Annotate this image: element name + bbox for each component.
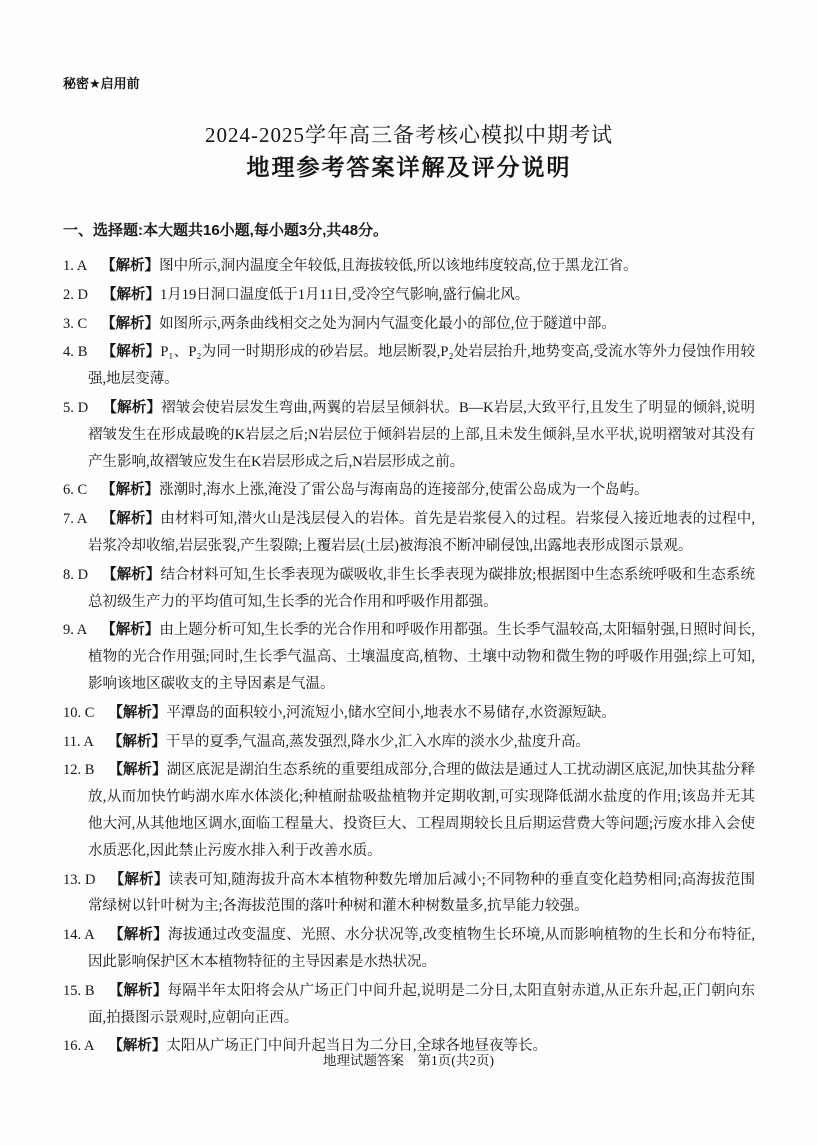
item-explanation: 平潭岛的面积较小,河流短小,储水空间小,地表水不易储存,水资源短缺。 bbox=[166, 705, 616, 721]
answer-item-3: 3. C【解析】如图所示,两条曲线相交之处为洞内气温变化最小的部位,位于隧道中部… bbox=[63, 311, 755, 338]
answer-item-12: 12. B【解析】湖区底泥是湖泊生态系统的重要组成部分,合理的做法是通过人工扰动… bbox=[63, 757, 755, 864]
analysis-tag: 【解析】 bbox=[101, 258, 159, 274]
item-explanation: 干旱的夏季,气温高,蒸发强烈,降水少,汇入水库的淡水少,盐度升高。 bbox=[166, 734, 590, 750]
answer-item-15: 15. B【解析】每隔半年太阳将会从广场正门中间升起,说明是二分日,太阳直射赤道… bbox=[63, 978, 755, 1032]
item-explanation: 由材料可知,潜火山是浅层侵入的岩体。首先是岩浆侵入的过程。岩浆侵入接近地表的过程… bbox=[88, 511, 755, 554]
item-number-answer: 8. D bbox=[63, 567, 88, 583]
item-number-answer: 10. C bbox=[63, 705, 94, 721]
answer-key-page: 秘密★启用前 2024-2025学年高三备考核心模拟中期考试 地理参考答案详解及… bbox=[0, 0, 817, 1146]
item-explanation: 结合材料可知,生长季表现为碳吸收,非生长季表现为碳排放;根据图中生态系统呼吸和生… bbox=[88, 567, 755, 610]
answer-item-14: 14. A【解析】海拔通过改变温度、光照、水分状况等,改变植物生长环境,从而影响… bbox=[63, 922, 755, 976]
item-number-answer: 6. C bbox=[63, 482, 87, 498]
analysis-tag: 【解析】 bbox=[109, 927, 168, 943]
analysis-tag: 【解析】 bbox=[108, 705, 166, 721]
item-explanation: 涨潮时,海水上涨,淹没了雷公岛与海南岛的连接部分,使雷公岛成为一个岛屿。 bbox=[159, 482, 648, 498]
analysis-tag: 【解析】 bbox=[101, 482, 159, 498]
answer-item-1: 1. A【解析】图中所示,洞内温度全年较低,且海拔较低,所以该地纬度较高,位于黑… bbox=[63, 253, 755, 280]
item-explanation: 海拔通过改变温度、光照、水分状况等,改变植物生长环境,从而影响植物的生长和分布特… bbox=[88, 927, 755, 970]
answer-item-11: 11. A【解析】干旱的夏季,气温高,蒸发强烈,降水少,汇入水库的淡水少,盐度升… bbox=[63, 729, 755, 756]
analysis-tag: 【解析】 bbox=[102, 567, 160, 583]
item-number-answer: 7. A bbox=[63, 511, 87, 527]
item-explanation: 图中所示,洞内温度全年较低,且海拔较低,所以该地纬度较高,位于黑龙江省。 bbox=[159, 258, 638, 274]
answer-item-8: 8. D【解析】结合材料可知,生长季表现为碳吸收,非生长季表现为碳排放;根据图中… bbox=[63, 562, 755, 616]
item-number-answer: 14. A bbox=[63, 927, 95, 943]
item-number-answer: 11. A bbox=[63, 734, 94, 750]
analysis-tag: 【解析】 bbox=[109, 872, 168, 888]
answer-item-2: 2. D【解析】1月19日洞口温度低于1月11日,受冷空气影响,盛行偏北风。 bbox=[63, 282, 755, 309]
analysis-tag: 【解析】 bbox=[101, 511, 160, 527]
page-footer: 地理试题答案 第1页(共2页) bbox=[0, 1052, 817, 1070]
answer-item-10: 10. C【解析】平潭岛的面积较小,河流短小,储水空间小,地表水不易储存,水资源… bbox=[63, 700, 755, 727]
item-number-answer: 4. B bbox=[63, 344, 87, 360]
item-number-answer: 1. A bbox=[63, 258, 87, 274]
section-heading: 一、选择题:本大题共16小题,每小题3分,共48分。 bbox=[63, 221, 755, 241]
analysis-tag: 【解析】 bbox=[101, 344, 160, 360]
analysis-tag: 【解析】 bbox=[101, 622, 159, 638]
item-explanation: 1月19日洞口温度低于1月11日,受冷空气影响,盛行偏北风。 bbox=[160, 287, 529, 303]
item-number-answer: 9. A bbox=[63, 622, 87, 638]
item-number-answer: 3. C bbox=[63, 316, 87, 332]
item-explanation: P₁、P₂为同一时期形成的砂岩层。地层断裂,P₂处岩层抬升,地势变高,受流水等外… bbox=[88, 344, 755, 387]
item-explanation: 每隔半年太阳将会从广场正门中间升起,说明是二分日,太阳直射赤道,从正东升起,正门… bbox=[88, 983, 755, 1026]
item-number-answer: 2. D bbox=[63, 287, 88, 303]
answer-item-13: 13. D【解析】读表可知,随海拔升高木本植物种数先增加后减小;不同物种的垂直变… bbox=[63, 867, 755, 921]
analysis-tag: 【解析】 bbox=[101, 316, 159, 332]
item-explanation: 如图所示,两条曲线相交之处为洞内气温变化最小的部位,位于隧道中部。 bbox=[159, 316, 616, 332]
answer-list: 1. A【解析】图中所示,洞内温度全年较低,且海拔较低,所以该地纬度较高,位于黑… bbox=[63, 253, 755, 1060]
answer-item-9: 9. A【解析】由上题分析可知,生长季的光合作用和呼吸作用都强。生长季气温较高,… bbox=[63, 617, 755, 697]
item-number-answer: 15. B bbox=[63, 983, 95, 999]
item-number-answer: 13. D bbox=[63, 872, 95, 888]
exam-title: 2024-2025学年高三备考核心模拟中期考试 bbox=[63, 122, 755, 148]
analysis-tag: 【解析】 bbox=[102, 400, 161, 416]
item-explanation: 由上题分析可知,生长季的光合作用和呼吸作用都强。生长季气温较高,太阳辐射强,日照… bbox=[88, 622, 755, 692]
analysis-tag: 【解析】 bbox=[109, 983, 168, 999]
answer-item-7: 7. A【解析】由材料可知,潜火山是浅层侵入的岩体。首先是岩浆侵入的过程。岩浆侵… bbox=[63, 506, 755, 560]
document-title: 地理参考答案详解及评分说明 bbox=[63, 153, 755, 181]
answer-item-5: 5. D【解析】褶皱会使岩层发生弯曲,两翼的岩层呈倾斜状。B—K岩层,大致平行,… bbox=[63, 395, 755, 475]
analysis-tag: 【解析】 bbox=[102, 287, 160, 303]
analysis-tag: 【解析】 bbox=[108, 734, 166, 750]
answer-item-4: 4. B【解析】P₁、P₂为同一时期形成的砂岩层。地层断裂,P₂处岩层抬升,地势… bbox=[63, 339, 755, 393]
item-explanation: 褶皱会使岩层发生弯曲,两翼的岩层呈倾斜状。B—K岩层,大致平行,且发生了明显的倾… bbox=[88, 400, 755, 470]
analysis-tag: 【解析】 bbox=[108, 762, 166, 778]
item-number-answer: 12. B bbox=[63, 762, 94, 778]
item-explanation: 湖区底泥是湖泊生态系统的重要组成部分,合理的做法是通过人工扰动湖区底泥,加快其盐… bbox=[88, 762, 755, 858]
item-explanation: 读表可知,随海拔升高木本植物种数先增加后减小;不同物种的垂直变化趋势相同;高海拔… bbox=[88, 872, 755, 915]
answer-item-6: 6. C【解析】涨潮时,海水上涨,淹没了雷公岛与海南岛的连接部分,使雷公岛成为一… bbox=[63, 477, 755, 504]
item-number-answer: 5. D bbox=[63, 400, 88, 416]
security-marking: 秘密★启用前 bbox=[63, 76, 755, 92]
